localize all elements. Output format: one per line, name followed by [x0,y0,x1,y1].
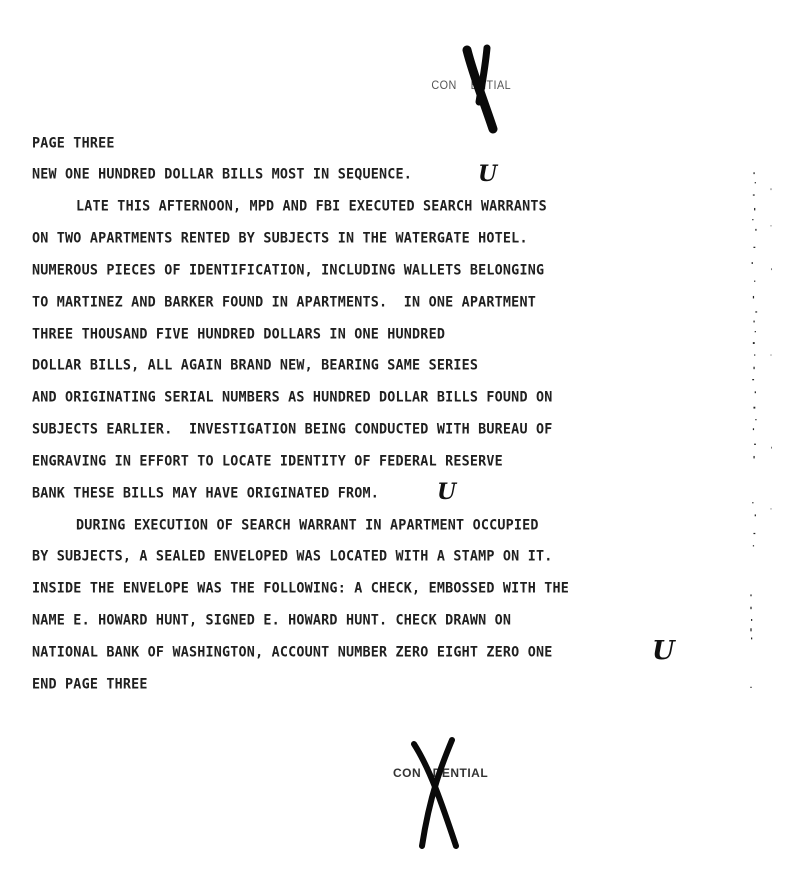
scan-edge-noise [735,0,775,883]
document-line: TO MARTINEZ AND BARKER FOUND IN APARTMEN… [32,295,536,312]
document-line: BY SUBJECTS, A SEALED ENVELOPED WAS LOCA… [32,549,553,566]
document-line: AND ORIGINATING SERIAL NUMBERS AS HUNDRE… [32,390,553,407]
x-strike-mark-top [455,44,515,134]
classification-mark-u: U [652,640,675,662]
page-header: PAGE THREE [32,136,115,153]
document-line: NUMEROUS PIECES OF IDENTIFICATION, INCLU… [32,263,544,280]
document-line: NEW ONE HUNDRED DOLLAR BILLS MOST IN SEQ… [32,167,412,184]
classification-mark-u: U [478,163,497,185]
document-line: INSIDE THE ENVELOPE WAS THE FOLLOWING: A… [32,581,569,598]
document-line: LATE THIS AFTERNOON, MPD AND FBI EXECUTE… [76,199,547,216]
document-line: ENGRAVING IN EFFORT TO LOCATE IDENTITY O… [32,454,503,471]
classification-mark-u: U [437,481,456,503]
document-page: CON ENTIAL PAGE THREE NEW ONE HUNDRED DO… [0,0,800,883]
document-line: NATIONAL BANK OF WASHINGTON, ACCOUNT NUM… [32,645,553,662]
page-footer: END PAGE THREE [32,677,148,694]
document-line: SUBJECTS EARLIER. INVESTIGATION BEING CO… [32,422,553,439]
document-line: NAME E. HOWARD HUNT, SIGNED E. HOWARD HU… [32,613,511,630]
x-strike-mark-bottom [408,734,478,854]
document-line: DOLLAR BILLS, ALL AGAIN BRAND NEW, BEARI… [32,358,478,375]
document-line: THREE THOUSAND FIVE HUNDRED DOLLARS IN O… [32,327,445,344]
document-line: DURING EXECUTION OF SEARCH WARRANT IN AP… [76,518,539,535]
document-line: ON TWO APARTMENTS RENTED BY SUBJECTS IN … [32,231,528,248]
document-line: BANK THESE BILLS MAY HAVE ORIGINATED FRO… [32,486,379,503]
